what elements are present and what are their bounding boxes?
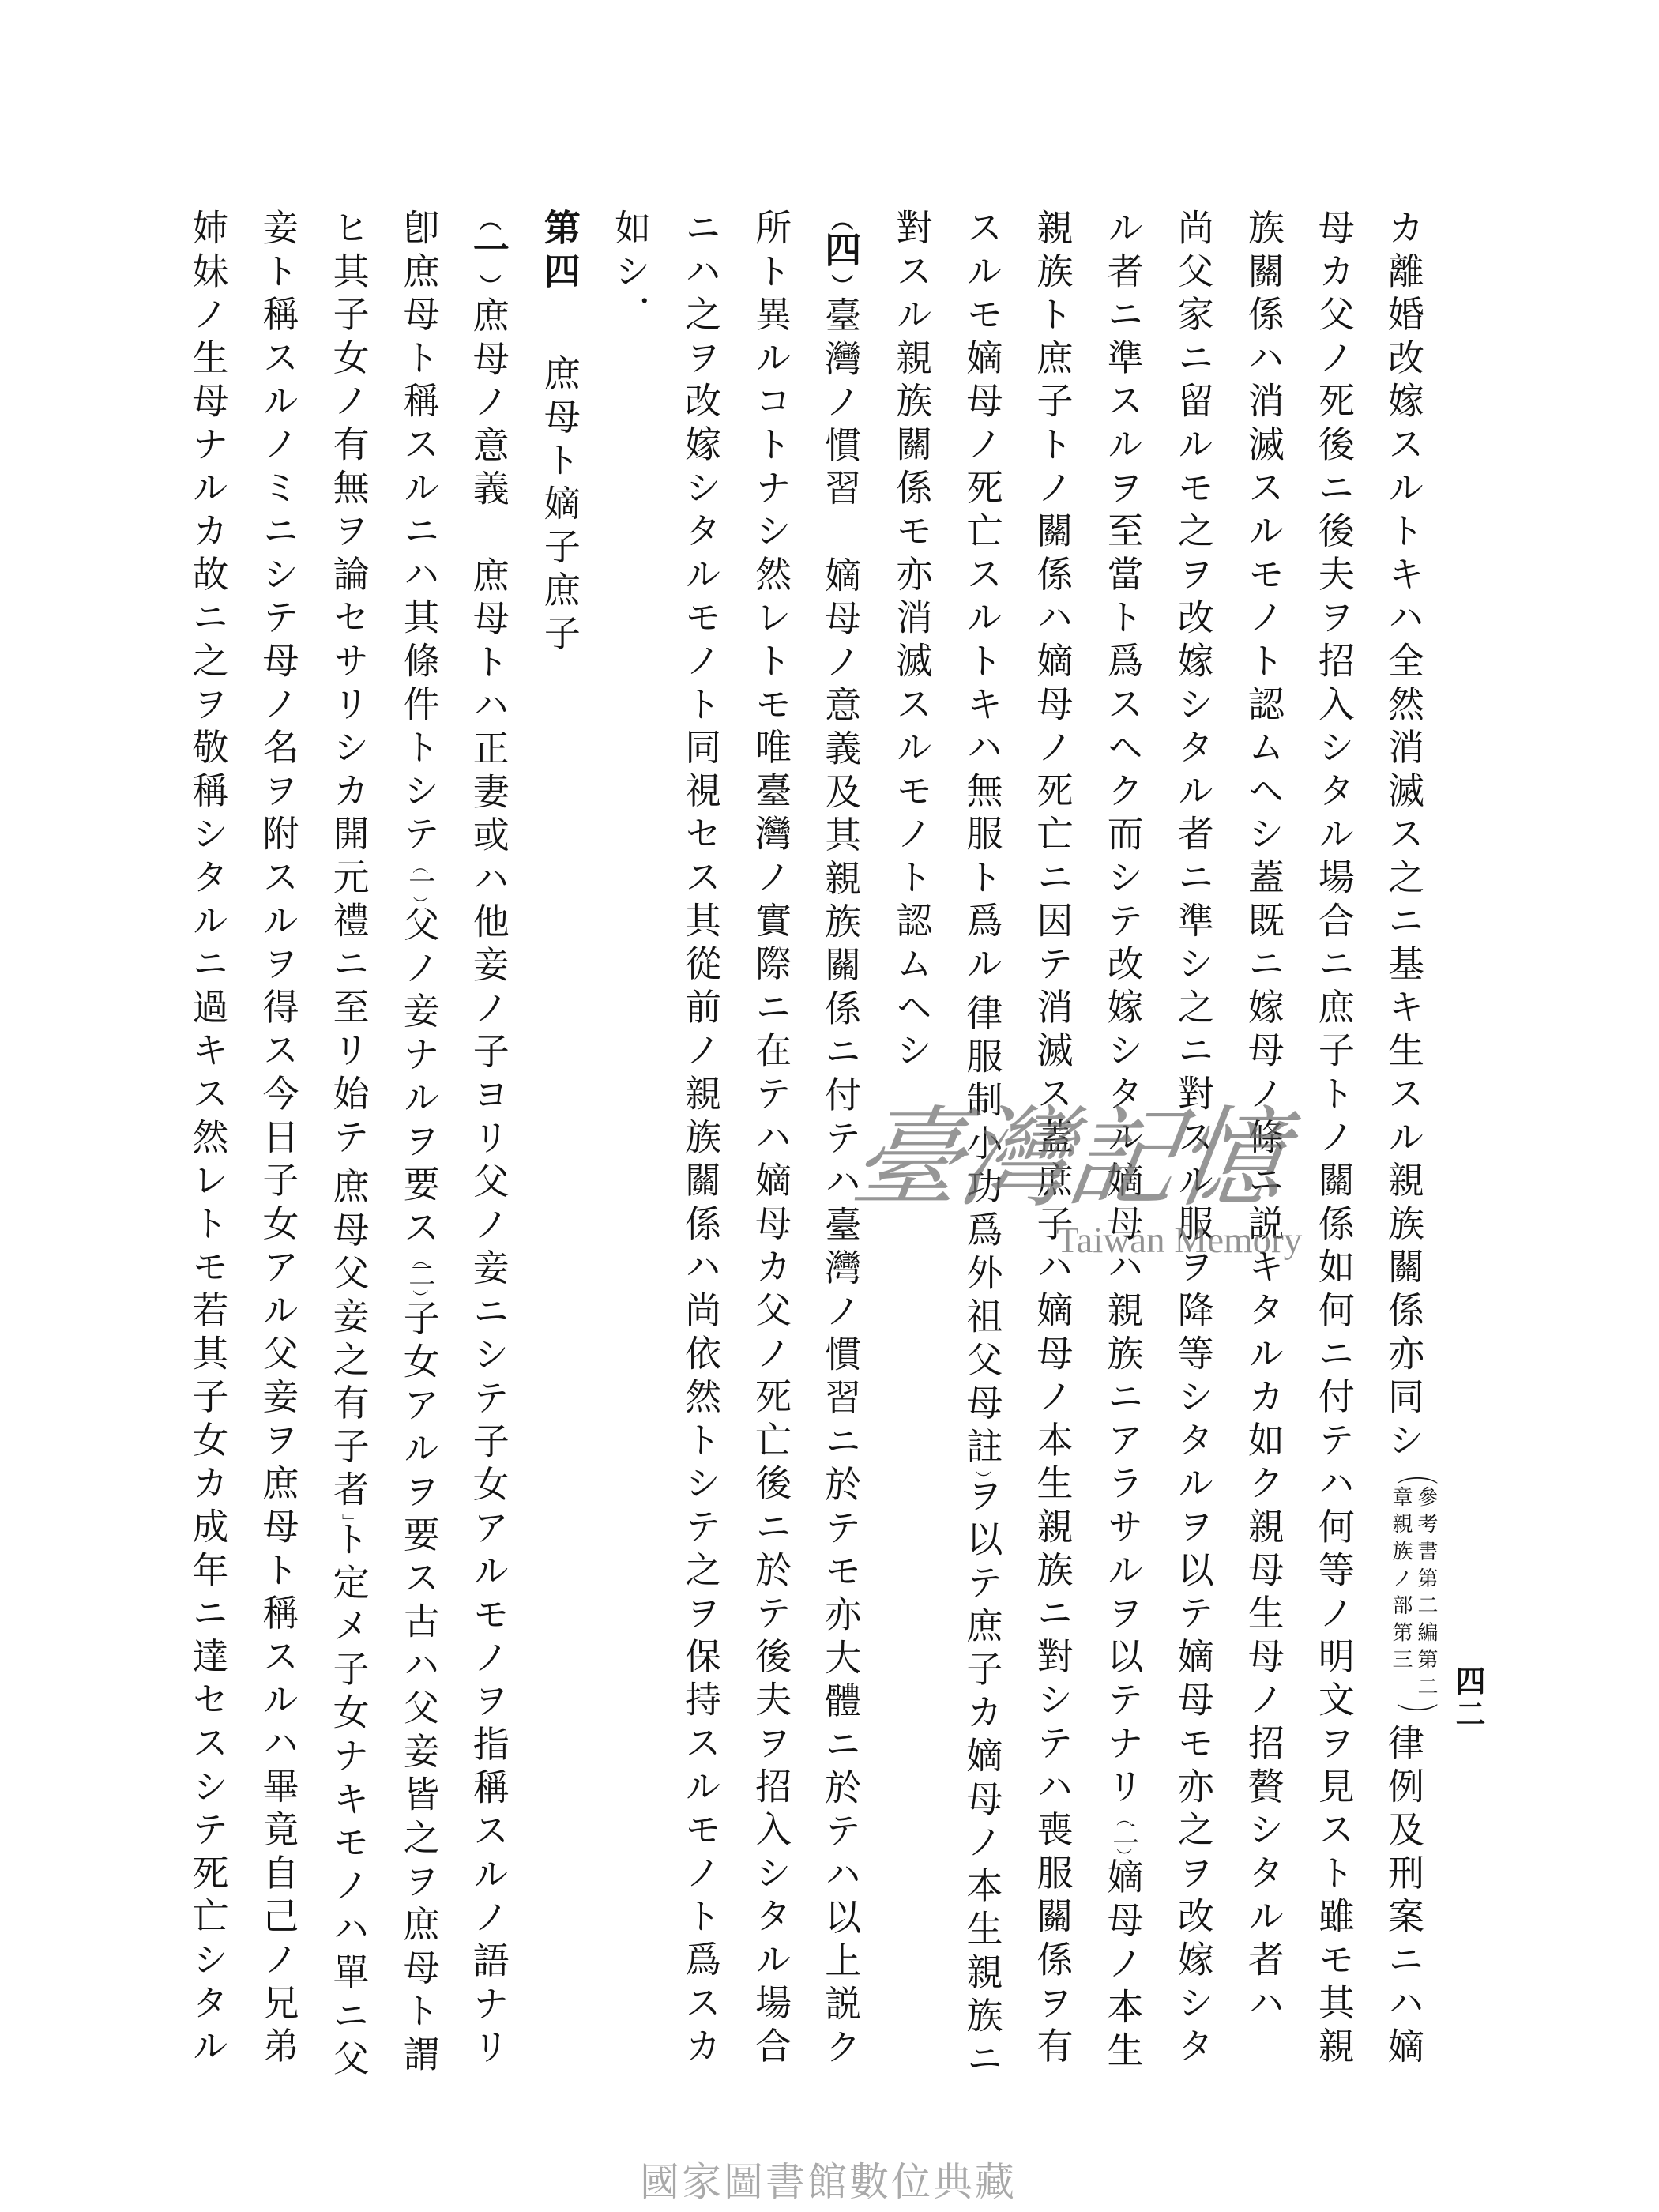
text-segment: ニハ之ヲ改嫁シタルモノト同視セス其從前ノ親族關係ハ尚依然トシテ之ヲ保持スルモノト…: [679, 209, 722, 2070]
text-segment: ト定メ子女ナキモノハ單ニ父: [328, 1520, 371, 2082]
watermark-logo-latin: Taiwan Memory: [1056, 1221, 1302, 1260]
inline-reference-note: （參考書第二編第二章親族ノ部第三）: [1387, 1464, 1439, 1724]
legal-citation: 律服制小功爲外祖父母註: [961, 994, 1003, 1470]
text-segment: ヒ其子女ノ有無ヲ論セサリシカ開元禮ニ至リ始テ: [328, 209, 371, 1161]
subsection-number: 四: [819, 231, 862, 274]
text-segment: カ離婚改嫁スルトキハ全然消滅ス之ニ基キ生スル親族關係亦同シ: [1382, 209, 1425, 1464]
text-segment: 卽庶母ト稱スルニハ其條件トシテ: [398, 209, 441, 858]
note-line-left: 章親族ノ部第三: [1389, 1486, 1413, 1703]
text-segment: 嫡母ノ本生: [1102, 1858, 1145, 2075]
watermark-logo: 臺灣記憶: [844, 1092, 1292, 1226]
note-lines: 參考書第二編第二章親族ノ部第三: [1387, 1486, 1439, 1703]
text-segment: 姉妹ノ生母ナルカ故ニ之ヲ敬稱シタルニ過キス然レトモ若其子女カ成年ニ達セスシテ死亡…: [186, 209, 229, 2070]
text-column-15: 卽庶母ト稱スルニハ其條件トシテ（一）父ノ妾ナルヲ要ス（二）子女アルヲ要ス古ハ父妾…: [384, 209, 454, 2136]
marker-close-paren: ）: [410, 1289, 429, 1299]
subsection-close-paren: ）: [828, 274, 854, 296]
subsection-number: 一: [468, 231, 510, 274]
text-segment: 父ノ妾ナルヲ要ス: [398, 905, 441, 1251]
text-segment: ヲ以テ庶子カ嫡母ノ本生親族ニ: [961, 1477, 1003, 2082]
text-column-17: 妾ト稱スルノミニシテ母ノ名ヲ附スルヲ得ス今日子女アル父妾ヲ庶母ト稱スルハ畢竟自己…: [243, 209, 313, 2136]
text-segment: 母カ父ノ死後ニ後夫ヲ招入シタル場合ニ庶子トノ關係如何ニ付テハ何等ノ明文ヲ見スト雖…: [1313, 209, 1356, 2070]
enumeration-marker: 一: [404, 867, 435, 896]
library-footer-watermark: 國家圖書館數位典藏: [640, 2160, 1017, 2204]
text-segment: 妾ト稱スルノミニシテ母ノ名ヲ附スルヲ得ス今日子女アル父妾ヲ庶母ト稱スルハ畢竟自己…: [258, 209, 300, 2070]
enumeration-marker: 二: [404, 1261, 435, 1289]
text-column-1: カ離婚改嫁スルトキハ全然消滅ス之ニ基キ生スル親族關係亦同シ（參考書第二編第二章親…: [1369, 209, 1439, 2136]
text-segment: 所ト異ルコトナシ然レトモ唯臺灣ノ實際ニ在テハ嫡母カ父ノ死亡後ニ於テ後夫ヲ招入シタ…: [750, 209, 792, 2070]
text-segment: 如シ．: [609, 209, 652, 338]
quote-close-bracket: 」: [340, 1514, 359, 1520]
section-title: 庶母ト嫡子庶子: [539, 355, 581, 658]
subsection-close-paren: ）: [476, 274, 502, 296]
text-column-2: 母カ父ノ死後ニ後夫ヲ招入シタル場合ニ庶子トノ關係如何ニ付テハ何等ノ明文ヲ見スト雖…: [1299, 209, 1369, 2136]
section-number: 第四: [525, 209, 595, 295]
book-page: カ離婚改嫁スルトキハ全然消滅ス之ニ基キ生スル親族關係亦同シ（參考書第二編第二章親…: [0, 0, 1659, 2212]
text-segment: 嫡母ノ意義及其親族關係ニ付テハ臺灣ノ慣習ニ於テモ亦大體ニ於テハ以上説ク: [819, 556, 862, 2071]
quotation: 庶母父妾之有子者: [328, 1168, 371, 1514]
marker-close-paren: ）: [1114, 1849, 1133, 1858]
marker-open-paren: （: [410, 1251, 429, 1261]
text-column-12: 如シ．: [595, 209, 665, 2136]
text-segment: スルモ嫡母ノ死亡スルトキハ無服ト爲ル: [961, 209, 1003, 987]
text-column-18: 姉妹ノ生母ナルカ故ニ之ヲ敬稱シタルニ過キス然レトモ若其子女カ成年ニ達セスシテ死亡…: [172, 209, 243, 2136]
text-segment: 律例及刑案ニハ嫡: [1382, 1724, 1425, 2070]
text-column-14: （一）庶母ノ意義庶母トハ正妻或ハ他妾ノ子ヨリ父ノ妾ニシテ子女アルモノヲ指稱スルノ…: [454, 209, 525, 2136]
note-open-paren: （: [1359, 1464, 1469, 1484]
marker-open-paren: （: [410, 858, 429, 867]
subsection-open-paren: （: [828, 209, 854, 231]
subsection-heading: 庶母ノ意義: [453, 296, 524, 513]
page-number: 四二: [1452, 1665, 1484, 1732]
text-segment: ル者ニ準スルヲ至當ト爲スヘク而シテ改嫁シタル嫡母ハ親族ニアラサルヲ以テナリ: [1102, 209, 1145, 1811]
section-heading-column: 第四庶母ト嫡子庶子: [525, 209, 595, 2136]
text-column-16: ヒ其子女ノ有無ヲ論セサリシカ開元禮ニ至リ始テ「庶母父妾之有子者」ト定メ子女ナキモ…: [314, 209, 384, 2136]
quote-open-bracket: 「: [340, 1161, 359, 1168]
text-segment: 對スル親族關係モ亦消滅スルモノト認ムヘシ: [890, 209, 933, 1074]
marker-open-paren: （: [1114, 1811, 1133, 1820]
text-segment: 庶母トハ正妻或ハ他妾ノ子ヨリ父ノ妾ニシテ子女アルモノヲ指稱スルノ語ナリ: [468, 556, 510, 2071]
subsection-open-paren: （: [476, 209, 502, 231]
note-line-right: 參考書第二編第二: [1414, 1486, 1438, 1703]
text-column-11: ニハ之ヲ改嫁シタルモノト同視セス其從前ノ親族關係ハ尚依然トシテ之ヲ保持スルモノト…: [665, 209, 735, 2136]
text-segment: 子女アルヲ要ス古ハ父妾皆之ヲ庶母ト謂: [398, 1299, 441, 2078]
enumeration-marker: 二: [1108, 1820, 1139, 1849]
text-column-10: 所ト異ルコトナシ然レトモ唯臺灣ノ實際ニ在テハ嫡母カ父ノ死亡後ニ於テ後夫ヲ招入シタ…: [735, 209, 806, 2136]
subsection-heading: 臺灣ノ慣習: [805, 296, 875, 513]
marker-close-paren: ）: [410, 896, 429, 905]
